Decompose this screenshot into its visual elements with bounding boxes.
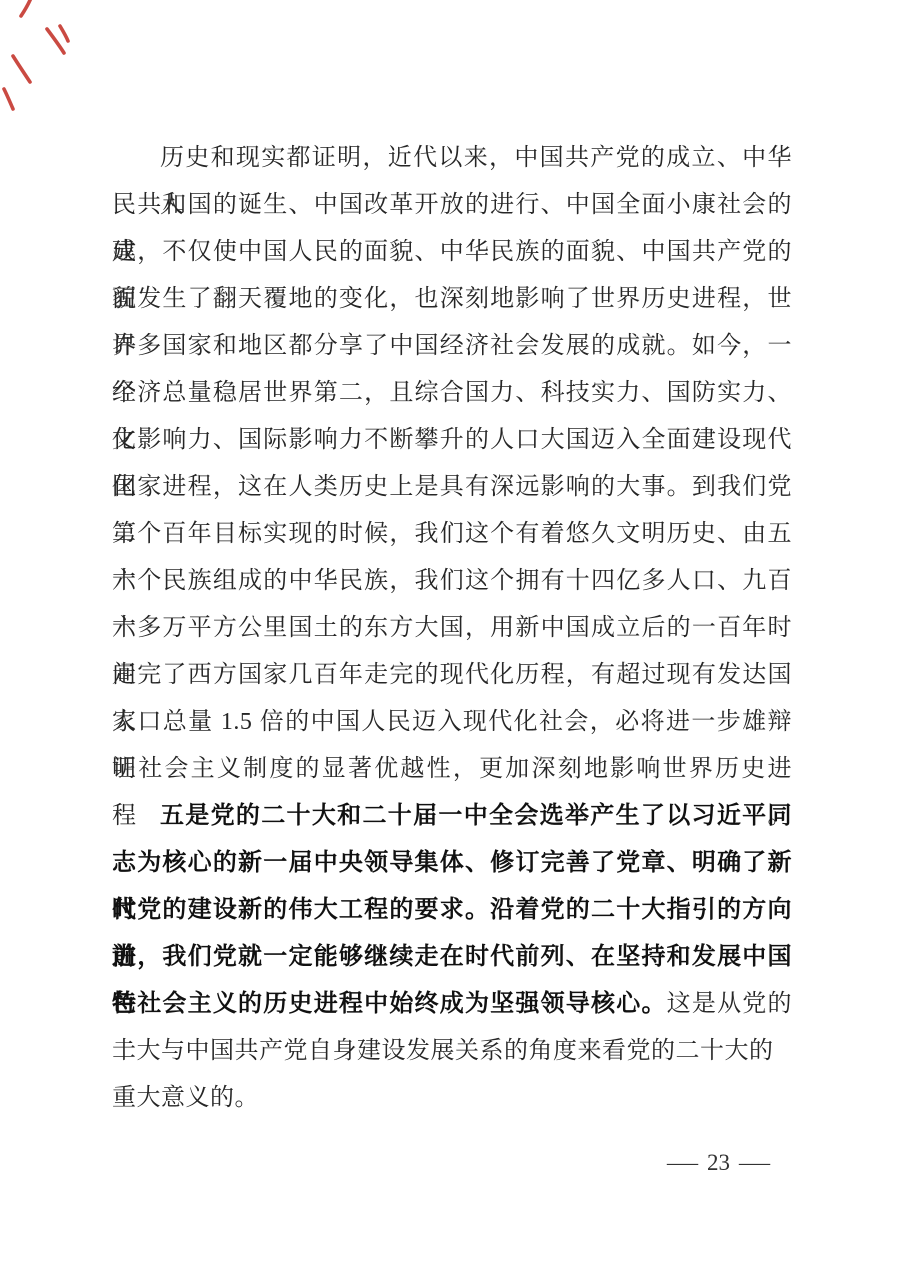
text-line: 化影响力、国际影响力不断攀升的人口大国迈入全面建设现代化 — [112, 417, 792, 464]
text-line: 十大与中国共产党自身建设发展关系的角度来看党的二十大的 — [112, 1028, 792, 1075]
text-line: 走完了西方国家几百年走完的现代化历程，有超过现有发达国家 — [112, 652, 792, 699]
text-line: 六个民族组成的中华民族，我们这个拥有十四亿多人口、九百六 — [112, 558, 792, 605]
text-line: 二个百年目标实现的时候，我们这个有着悠久文明历史、由五十 — [112, 511, 792, 558]
text-line: 许多国家和地区都分享了中国经济社会发展的成就。如今，一个 — [112, 323, 792, 370]
page-number-left-dash: — — [667, 1148, 698, 1178]
text-line: 重大意义的。 — [112, 1075, 792, 1122]
document-page: 历史和现实都证明，近代以来，中国共产党的成立、中华人民共和国的诞生、中国改革开放… — [0, 0, 900, 1273]
body-text: 历史和现实都证明，近代以来，中国共产党的成立、中华人民共和国的诞生、中国改革开放… — [112, 135, 792, 1122]
text-line: 色社会主义的历史进程中始终成为坚强领导核心。这是从党的二 — [112, 981, 792, 1028]
text-line: 明社会主义制度的显著优越性，更加深刻地影响世界历史进程。 — [112, 746, 792, 793]
text-line: 国家进程，这在人类历史上是具有深远影响的大事。到我们党第 — [112, 464, 792, 511]
text-line: 十多万平方公里国土的东方大国，用新中国成立后的一百年时间 — [112, 605, 792, 652]
text-line: 成，不仅使中国人民的面貌、中华民族的面貌、中国共产党的面 — [112, 229, 792, 276]
red-pen-marks-icon — [0, 0, 80, 118]
text-line: 貌发生了翻天覆地的变化，也深刻地影响了世界历史进程，世界 — [112, 276, 792, 323]
text-line: 进，我们党就一定能够继续走在时代前列、在坚持和发展中国特 — [112, 934, 792, 981]
text-line: 民共和国的诞生、中国改革开放的进行、中国全面小康社会的建 — [112, 182, 792, 229]
text-line: 人口总量 1.5 倍的中国人民迈入现代化社会，必将进一步雄辩证 — [112, 699, 792, 746]
text-segment: 重大意义的。 — [112, 1085, 259, 1111]
page-number-value: 23 — [707, 1148, 730, 1178]
text-line: 五是党的二十大和二十届一中全会选举产生了以习近平同 — [112, 793, 792, 840]
text-line: 志为核心的新一届中央领导集体、修订完善了党章、明确了新时 — [112, 840, 792, 887]
text-line: 代党的建设新的伟大工程的要求。沿着党的二十大指引的方向前 — [112, 887, 792, 934]
bold-text-segment: 五是党的二十大和二十届一中全会选举产生了以习近平同 — [160, 803, 792, 829]
text-segment: 十大与中国共产党自身建设发展关系的角度来看党的二十大的 — [112, 1038, 774, 1064]
bold-text-segment: 色社会主义的历史进程中始终成为坚强领导核心。 — [112, 991, 667, 1017]
text-line: 历史和现实都证明，近代以来，中国共产党的成立、中华人 — [112, 135, 792, 182]
page-number: — 23 — — [671, 1148, 766, 1178]
text-line: 经济总量稳居世界第二，且综合国力、科技实力、国防实力、文 — [112, 370, 792, 417]
page-number-right-dash: — — [739, 1148, 770, 1178]
